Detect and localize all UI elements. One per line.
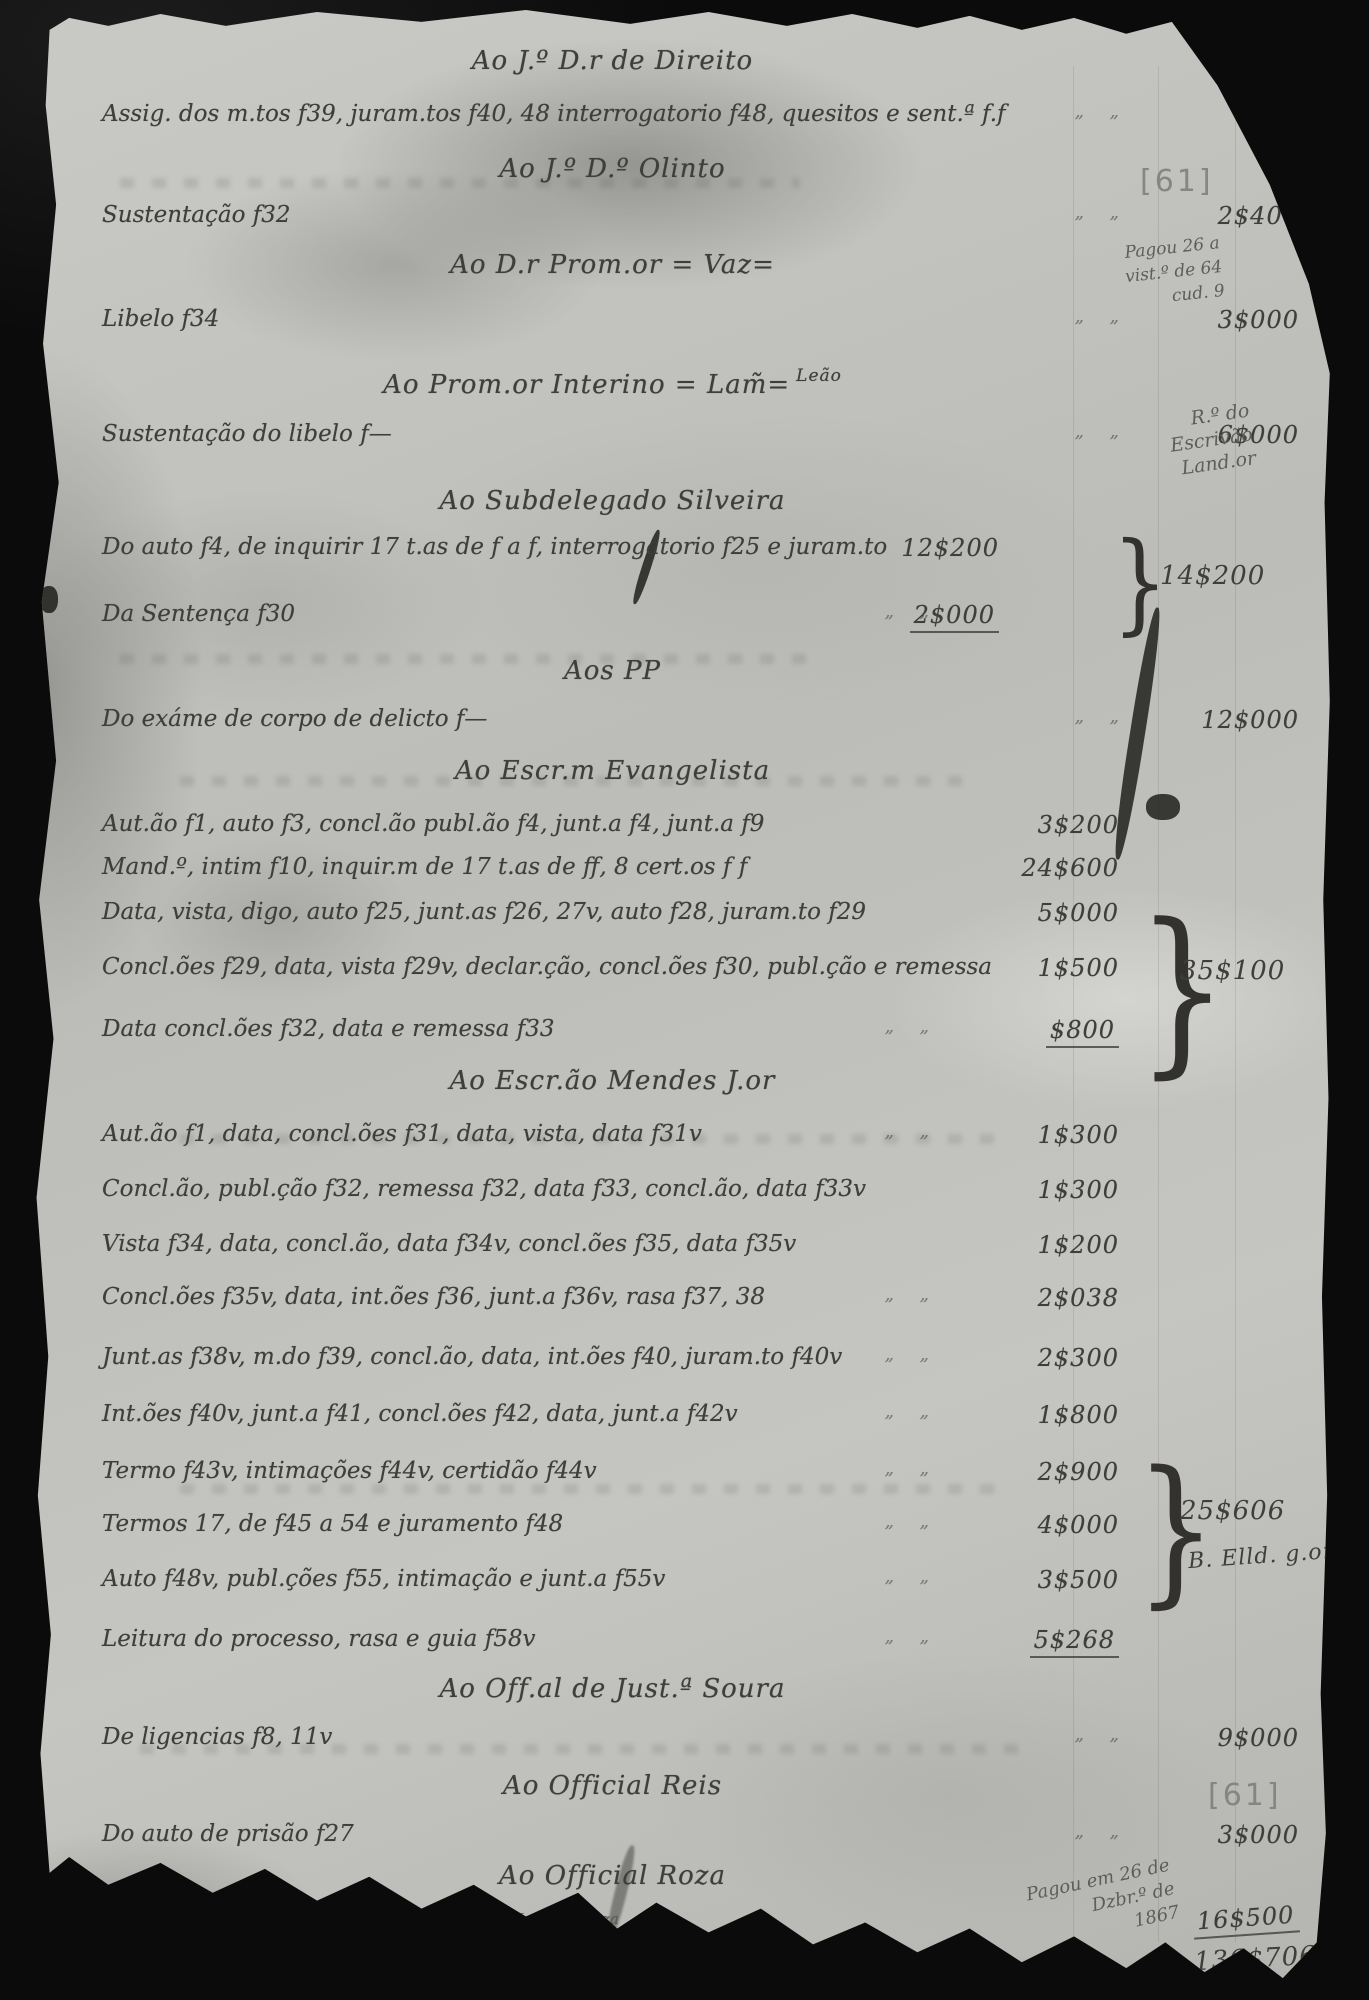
- entry-text: Mand.º, intim f10, inquir.m de 17 t.as d…: [102, 854, 747, 880]
- ledger-row: Data concl.ões f32, data e remessa f33 „…: [102, 1016, 1299, 1042]
- entry-text: Leitura do processo, rasa e guia f58v: [102, 1626, 535, 1652]
- section-heading: Aos PP: [100, 656, 1125, 686]
- entry-text: Sustentação do libelo f—: [102, 421, 392, 447]
- bleed-smear: [180, 1484, 1000, 1494]
- ledger-row: Concl.ão, publ.ção f32, remessa f32, dat…: [102, 1176, 1299, 1202]
- ditto-marks: „ „: [885, 1566, 939, 1587]
- section-heading: Ao J.º D.r de Direito: [100, 46, 1125, 76]
- ditto-marks: „ „: [1075, 306, 1129, 327]
- ditto-marks: „ „: [885, 1401, 939, 1422]
- entry-text: Data, vista, digo, auto f25, junt.as f26…: [102, 899, 866, 925]
- pencil-note: Recibo do escrivão, Mendes Juncção Roza: [299, 1910, 619, 1928]
- entry-amount: 24$600: [1021, 854, 1119, 882]
- entry-amount: 12$000: [1201, 706, 1299, 734]
- ledger-row: Do auto de prisão f27 „ „ 3$000: [102, 1821, 1299, 1847]
- ledger-row: Do exáme de corpo de delicto f— „ „ 12$0…: [102, 706, 1299, 732]
- ink-blot: [32, 1064, 45, 1085]
- ditto-marks: „ „: [885, 1121, 939, 1142]
- ditto-marks: „ „: [885, 1284, 939, 1305]
- entry-text: Da Sentença f30: [102, 601, 295, 627]
- entry-amount: 1$500: [1038, 954, 1119, 982]
- entry-text: Sustentação f32: [102, 202, 291, 228]
- ditto-marks: „ „: [1075, 706, 1129, 727]
- ledger-row: Auto f48v, publ.ções f55, intimação e ju…: [102, 1566, 1299, 1592]
- entry-amount: 3$000: [1218, 1821, 1299, 1849]
- entry-amount: 3$500: [1038, 1566, 1119, 1594]
- entry-amount: 5$268: [1030, 1626, 1119, 1658]
- ditto-marks: „ „: [885, 1626, 939, 1647]
- ditto-marks: „ „: [885, 1511, 939, 1532]
- ledger-row: Assig. dos m.tos f39, juram.tos f40, 48 …: [102, 101, 1299, 127]
- entry-amount: 16$500: [1192, 1900, 1300, 1939]
- grand-total: 136$706: [1194, 1941, 1318, 1977]
- entry-amount: 1$800: [1038, 1401, 1119, 1429]
- entry-text: Termos 17, de f45 a 54 e juramento f48: [102, 1511, 563, 1537]
- scanned-manuscript: { "page": { "stamp": "[61]" }, "marks": …: [0, 0, 1369, 2000]
- ledger-row: Junt.as f38v, m.do f39, concl.ão, data, …: [102, 1344, 1299, 1370]
- entry-amount: 12$200: [901, 534, 999, 562]
- entry-text: Concl.ões f29, data, vista f29v, declar.…: [102, 954, 992, 980]
- entry-text: De ligencias f8, 11v: [102, 1724, 332, 1750]
- entry-text: Data concl.ões f32, data e remessa f33: [102, 1016, 555, 1042]
- ledger-row: Concl.ões f35v, data, int.ões f36, junt.…: [102, 1284, 1299, 1310]
- ledger-row: Sustentação f32 „ „ 2$400: [102, 202, 1299, 228]
- page-number-stamp: [61]: [1208, 1778, 1282, 1813]
- group-total: 35$100: [1180, 956, 1285, 986]
- ink-blot: [40, 586, 58, 613]
- group-brace: }: [1135, 1436, 1216, 1623]
- margin-note: Pagou 26 a vist.º de 64 cud. 9: [1122, 231, 1226, 313]
- section-heading: Ao Prom.or Interino = Lam̃=Leão: [100, 366, 1125, 400]
- ditto-marks: „ „: [1075, 1724, 1129, 1745]
- ledger-row: Termos 17, de f45 a 54 e juramento f48 „…: [102, 1511, 1299, 1537]
- section-heading: Ao Official Reis: [100, 1771, 1125, 1801]
- section-heading: Ao Escr.ão Mendes J.or: [100, 1066, 1125, 1096]
- entry-amount: 1$300: [1038, 1176, 1119, 1204]
- ledger-row: Termo f43v, intimações f44v, certidão f4…: [102, 1458, 1299, 1484]
- section-heading: Ao Official Roza: [100, 1861, 1125, 1891]
- ledger-row: Vista f34, data, concl.ão, data f34v, co…: [102, 1231, 1299, 1257]
- ditto-marks: „ „: [885, 1458, 939, 1479]
- entry-text: Int.ões f40v, junt.a f41, concl.ões f42,…: [102, 1401, 738, 1427]
- group-total: 25$606: [1180, 1496, 1285, 1526]
- section-heading: Ao D.r Prom.or = Vaz=: [100, 250, 1125, 280]
- group-total: 14$200: [1160, 561, 1265, 591]
- ledger-row: Data, vista, digo, auto f25, junt.as f26…: [102, 899, 1299, 925]
- entry-text: Assig. dos m.tos f39, juram.tos f40, 48 …: [102, 101, 1006, 127]
- entry-text: Vista f34, data, concl.ão, data f34v, co…: [102, 1231, 796, 1257]
- entry-amount: 1$200: [1038, 1231, 1119, 1259]
- ditto-marks: „ „: [885, 1016, 939, 1037]
- ledger-row: Int.ões f40v, junt.a f41, concl.ões f42,…: [102, 1401, 1299, 1427]
- section-heading: Ao Subdelegado Silveira: [100, 486, 1125, 516]
- ledger-row: Leitura do processo, rasa e guia f58v „ …: [102, 1626, 1299, 1652]
- ditto-marks: „ „: [1075, 1821, 1129, 1842]
- ditto-marks: „ „: [1075, 101, 1129, 122]
- entry-text: Aut.ão f1, auto f3, concl.ão publ.ão f4,…: [102, 811, 764, 837]
- entry-amount: 2$000: [910, 601, 999, 633]
- page-number-stamp: [61]: [1140, 164, 1214, 199]
- entry-amount: 9$000: [1218, 1724, 1299, 1752]
- heading-superscript: Leão: [796, 366, 842, 386]
- entry-text: Concl.ão, publ.ção f32, remessa f32, dat…: [102, 1176, 866, 1202]
- section-heading: Ao J.º D.º Olinto: [100, 154, 1125, 184]
- ledger-row: Concl.ões f29, data, vista f29v, declar.…: [102, 954, 1299, 980]
- entry-text: Do exáme de corpo de delicto f—: [102, 706, 487, 732]
- section-heading: Ao Off.al de Just.ª Soura: [100, 1674, 1125, 1704]
- ledger-row: De ligencias f8, 11v „ „ 9$000: [102, 1724, 1299, 1750]
- ditto-marks: „ „: [885, 1344, 939, 1365]
- section-heading: Ao Escr.m Evangelista: [100, 756, 1125, 786]
- entry-amount: 3$200: [1038, 811, 1119, 839]
- column-rule: [1235, 66, 1236, 1942]
- ditto-marks: „ „: [1075, 202, 1129, 223]
- ledger-row: Libelo f34 „ „ 3$000: [102, 306, 1299, 332]
- ledger-row: Aut.ão f1, auto f3, concl.ão publ.ão f4,…: [102, 811, 1299, 837]
- entry-text: Concl.ões f35v, data, int.ões f36, junt.…: [102, 1284, 765, 1310]
- ledger-row: Aut.ão f1, data, concl.ões f31, data, vi…: [102, 1121, 1299, 1147]
- ledger-row: Mand.º, intim f10, inquir.m de 17 t.as d…: [102, 854, 1299, 880]
- entry-text: Do auto de prisão f27: [102, 1821, 354, 1847]
- ledger-row: Sustentação do libelo f— „ „ 6$000: [102, 421, 1299, 447]
- entry-amount: 1$300: [1038, 1121, 1119, 1149]
- entry-amount: 4$000: [1038, 1511, 1119, 1539]
- entry-amount: 2$038: [1038, 1284, 1119, 1312]
- entry-text: Diligencia f32v: [102, 1904, 278, 1930]
- group-brace: }: [1136, 886, 1228, 1095]
- entry-amount: $800: [1046, 1016, 1119, 1048]
- entry-amount: 10$: [1250, 101, 1299, 129]
- entry-text: Aut.ão f1, data, concl.ões f31, data, vi…: [102, 1121, 702, 1147]
- entry-amount: 2$400: [1218, 202, 1299, 230]
- entry-text: Do auto f4, de inquirir 17 t.as de f a f…: [102, 534, 887, 560]
- entry-text: Termo f43v, intimações f44v, certidão f4…: [102, 1458, 597, 1484]
- ditto-marks: „ „: [1075, 421, 1129, 442]
- entry-text: Libelo f34: [102, 306, 219, 332]
- column-rule: [1073, 66, 1074, 1942]
- entry-amount: 3$000: [1218, 306, 1299, 334]
- manuscript-paper: [61] [61] Ao J.º D.r de Direito Assig. d…: [30, 6, 1335, 1992]
- entry-amount: 2$900: [1038, 1458, 1119, 1486]
- entry-amount: 2$300: [1038, 1344, 1119, 1372]
- entry-text: Auto f48v, publ.ções f55, intimação e ju…: [102, 1566, 665, 1592]
- margin-note: R.º do Escrivão Land.or: [1165, 399, 1257, 482]
- entry-text: Junt.as f38v, m.do f39, concl.ão, data, …: [102, 1344, 842, 1370]
- entry-amount: 5$000: [1038, 899, 1119, 927]
